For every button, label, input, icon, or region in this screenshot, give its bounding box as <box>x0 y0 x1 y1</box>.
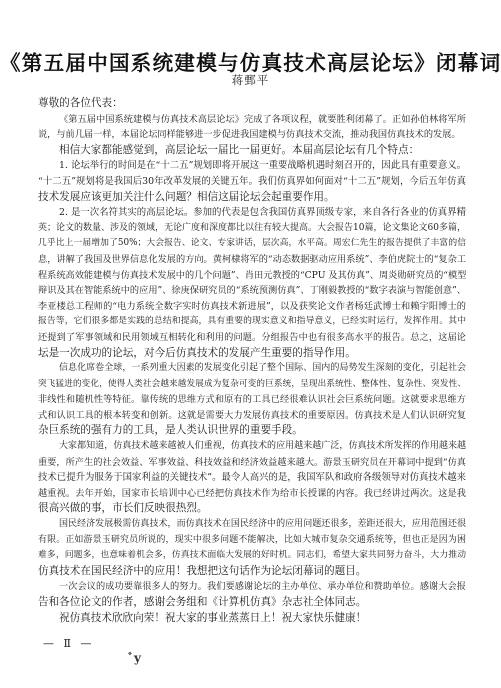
body-text-line: 重要，所产生的社会效益、军事效益、科技效益和经济效益越来越大。游景玉研究员在开幕… <box>38 455 466 471</box>
body-text-line: 很高兴做的事，市长们反映很热烈。 <box>38 501 466 517</box>
body-text-line: 还提到了军事领域和民用领域互相转化和利用的问题。分组报告中也有很多高水平的报告。… <box>38 330 466 346</box>
body-text-line: 2. 是一次名符其实的高层论坛。参加的代表是包含我国仿真界顶级专家，来自各行各业… <box>38 205 466 221</box>
body-text-line: 突飞猛进的变化，使得人类社会越来越发展成为复杂可变的巨系统，呈现出系统性、整体性… <box>38 377 466 393</box>
document-page: 《第五届中国系统建模与仿真技术高层论坛》闭幕词 蒋鄄平 尊敬的各位代表：《第五届… <box>0 0 501 688</box>
body-text-line: 一次会议的成功要靠很多人的努力。我们要感谢论坛的主办单位、承办单位和赞助单位。感… <box>38 579 466 595</box>
body-text-line: 技术已提升为服务于国家利益的关键技术”。最令人高兴的是，我国军队和政府各级领导对… <box>38 470 466 486</box>
body-text-line: 非线性和随机性等特征。靠传统的思维方式和原有的工具已经很难认识社会巨系统问题。这… <box>38 392 466 408</box>
scan-mark: ﾞy <box>128 649 141 666</box>
body-text-line: 相信大家都能感觉到，高层论坛一届比一届更好。本届高层论坛有几个特点： <box>38 143 466 159</box>
body-text-line: 信息化席卷全球，一系列重大因素的发展变化引起了整个国际、国内的局势发生深刻的变化… <box>38 361 466 377</box>
body-text-line: 程系统高效能建模与仿真技术发展中的几个问题”、肖田元教授的“CPU 及其仿真”、… <box>38 268 466 284</box>
body-text-line: 越重视。去年开始，国家市长培训中心已经把仿真技术作为给市长授课的内容。我已经讲过… <box>38 486 466 502</box>
body-text-line: 1. 论坛举行的时间是在“十二五”规划即将开展这一重要战略机遇时刻召开的，因此具… <box>38 158 466 174</box>
body-text-line: 《第五届中国系统建模与仿真技术高层论坛》完成了各项议程，就要胜利闭幕了。正如孙伯… <box>38 112 466 128</box>
body-text-line: 告和各位论文的作者，感谢会务组和《计算机仿真》杂志社全体同志。 <box>38 595 466 611</box>
body-text-line: 有限。正如游景玉研究员所说的，现实中很多问题不能解决，比如大城市复杂交通系统等，… <box>38 533 466 549</box>
body-text-line: 国民经济发展极需仿真技术，而仿真技术在国民经济中的应用问题还很多，差距还很大，应… <box>38 517 466 533</box>
body-text-line: 技术发展应该更加关注什么问题？相信这届论坛会起重要作用。 <box>38 190 466 206</box>
page-number: — Ⅱ — <box>43 637 94 650</box>
body-text-line: 李亚楼总工程师的“电力系统全数字实时仿真技术新进展”，以及获奖论文作者杨廷武博士… <box>38 299 466 315</box>
author-name: 蒋鄄平 <box>0 72 501 88</box>
body-text-line: 息，讲解了我国及世界信息化发展的方向。黄柯棣将军的“动态数据驱动应用系统”、李伯… <box>38 252 466 268</box>
body-text-line: 辩识及其在智能系统中的应用”、徐庚保研究员的“系统预测仿真”、丁刚毅教授的“数字… <box>38 283 466 299</box>
body-text-line: 仿真技术在国民经济中的应用！我想把这句话作为论坛闭幕词的题目。 <box>38 564 466 580</box>
body-text-line: 尊敬的各位代表： <box>38 96 466 112</box>
body-text-line: 坛是一次成功的论坛，对今后仿真技术的发展产生重要的指导作用。 <box>38 346 466 362</box>
body-text-line: 说，与前几届一样，本届论坛同样能够进一步促进我国建模与仿真技术交流，推动我国仿真… <box>38 127 466 143</box>
document-body: 尊敬的各位代表：《第五届中国系统建模与仿真技术高层论坛》完成了各项议程，就要胜利… <box>38 96 466 626</box>
body-text-line: 大家都知道，仿真技术越来越被人们重视，仿真技术的应用越来越广泛，仿真技术所发挥的… <box>38 439 466 455</box>
body-text-line: 英；论文的数量、涉及的领域，无论广度和深度都比以往有较大提高。大会报告10篇，论… <box>38 221 466 237</box>
body-text-line: 难多，问题多，也意味着机会多，仿真技术面临大发展的好时机。同志们，希望大家共同努… <box>38 548 466 564</box>
body-text-line: 祝仿真技术欣欣向荣！祝大家的事业蒸蒸日上！祝大家快乐健康！ <box>38 611 466 627</box>
body-text-line: 几乎比上一届增加了50%；大会报告、论文、专家讲话，层次高，水平高。周宏仁先生的… <box>38 236 466 252</box>
body-text-line: 报告等，它们很多都是实践的总结和提高，具有重要的现实意义和指导意义，已经实时运行… <box>38 314 466 330</box>
body-text-line: “十二五”规划将是我国后30年改革发展的关键五年。我们仿真界如何面对“十二五”规… <box>38 174 466 190</box>
body-text-line: 式和认识工具的根本转变和创新。这就是需要大力发展仿真技术的重要原因。仿真技术是人… <box>38 408 466 424</box>
body-text-line: 杂巨系统的强有力的工具，是人类认识世界的重要手段。 <box>38 423 466 439</box>
